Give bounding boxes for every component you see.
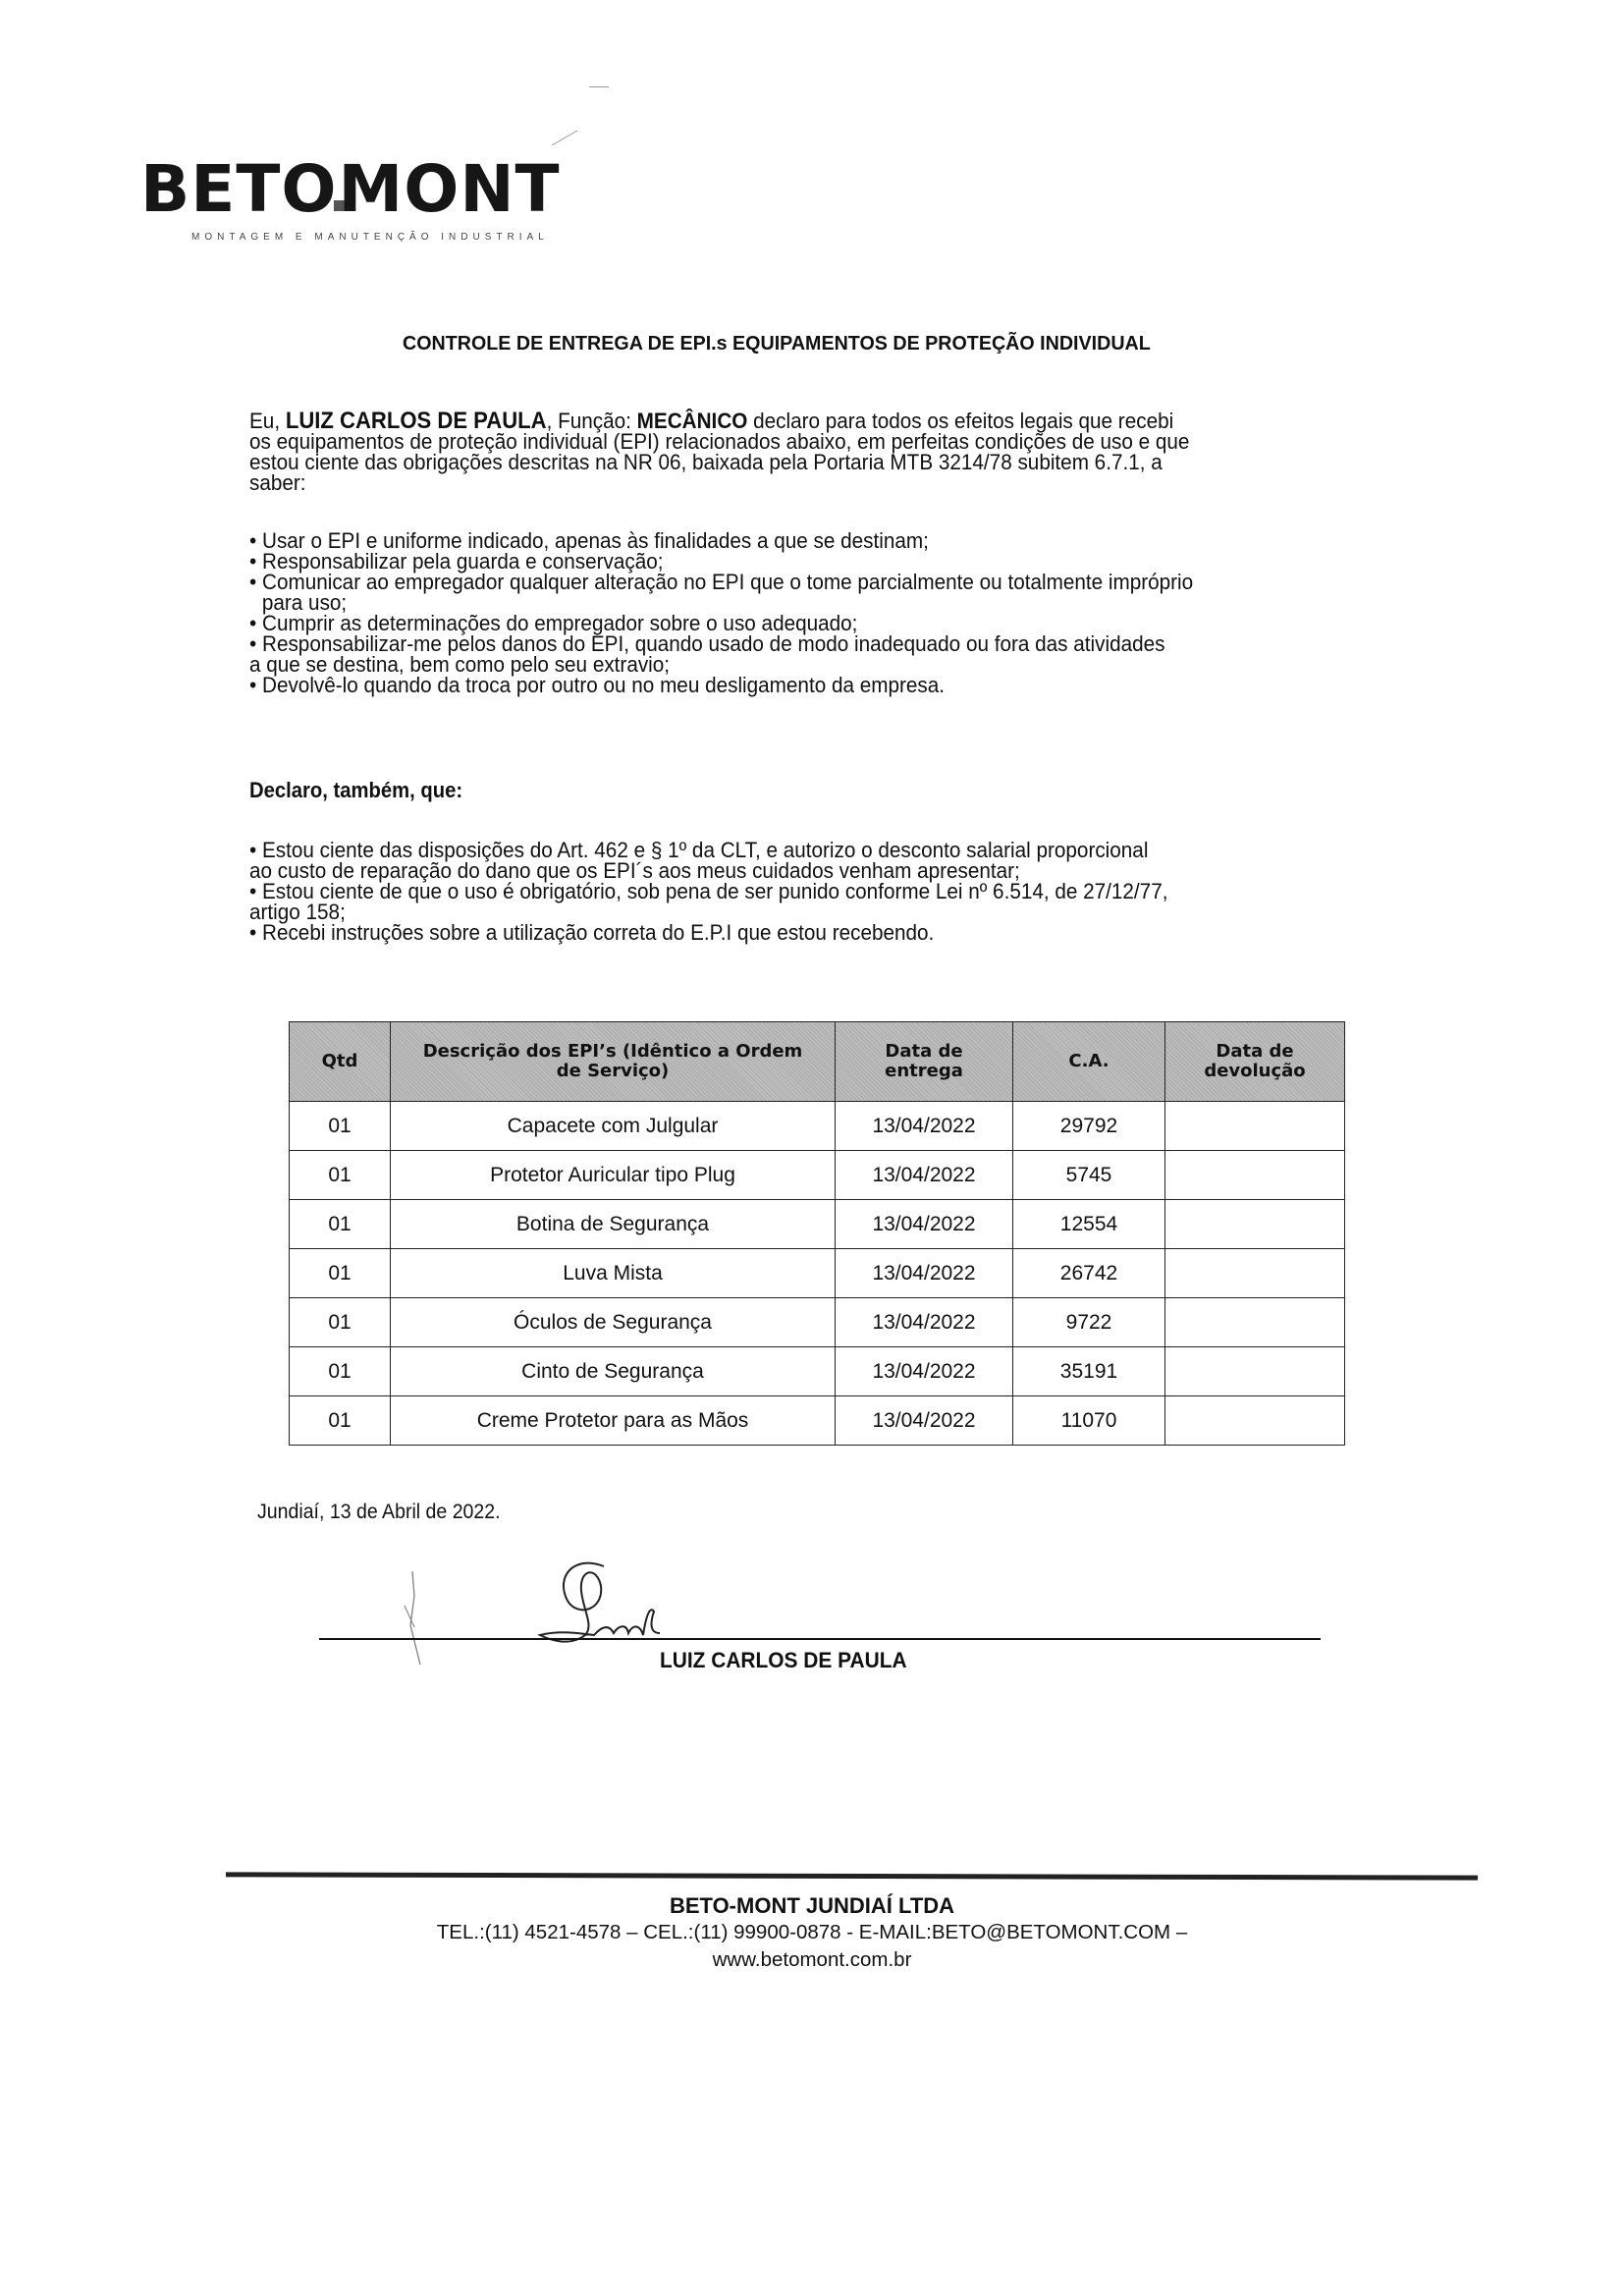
cell-data-devolucao	[1165, 1102, 1345, 1151]
cell-ca: 12554	[1013, 1200, 1165, 1249]
epi-table: Qtd Descrição dos EPI’s (Idêntico a Orde…	[289, 1021, 1345, 1446]
signature-line	[319, 1638, 1321, 1640]
cell-data-entrega: 13/04/2022	[836, 1200, 1013, 1249]
obligation-item: • Cumprir as determinações do empregador…	[249, 613, 1415, 633]
cell-data-devolucao	[1165, 1347, 1345, 1396]
obligation-item: • Responsabilizar-me pelos danos do EPI,…	[249, 633, 1415, 654]
cell-data-devolucao	[1165, 1298, 1345, 1347]
obligation-item: • Responsabilizar pela guarda e conserva…	[249, 551, 1415, 572]
footer-contact: TEL.:(11) 4521-4578 – CEL.:(11) 99900-08…	[0, 1921, 1624, 1944]
cell-descricao: Luva Mista	[391, 1249, 836, 1298]
header-data-entrega-line-1: Data de	[885, 1041, 962, 1062]
cell-ca: 11070	[1013, 1396, 1165, 1446]
header-ca-label: C.A.	[1068, 1051, 1109, 1071]
scan-artifact	[589, 86, 609, 87]
header-descricao-line-2: de Serviço)	[557, 1061, 670, 1081]
header-qtd: Qtd	[290, 1022, 391, 1102]
declaration-line-2: os equipamentos de proteção individual (…	[249, 431, 1401, 452]
cell-data-entrega: 13/04/2022	[836, 1151, 1013, 1200]
declaration-item: • Estou ciente de que o uso é obrigatóri…	[249, 881, 1424, 902]
table-row: 01Protetor Auricular tipo Plug13/04/2022…	[290, 1151, 1345, 1200]
cell-descricao: Capacete com Julgular	[391, 1102, 836, 1151]
declaration-item: ao custo de reparação do dano que os EPI…	[249, 860, 1424, 881]
cell-descricao: Óculos de Segurança	[391, 1298, 836, 1347]
footer-divider	[226, 1872, 1478, 1880]
header-data-devolucao: Data dedevolução	[1165, 1022, 1345, 1102]
signer-name: LUIZ CARLOS DE PAULA	[660, 1648, 907, 1673]
table-row: 01Óculos de Segurança13/04/20229722	[290, 1298, 1345, 1347]
cell-qtd: 01	[290, 1151, 391, 1200]
declarations-list: • Estou ciente das disposições do Art. 4…	[249, 840, 1424, 943]
table-row: 01Botina de Segurança13/04/202212554	[290, 1200, 1345, 1249]
declaration-item: artigo 158;	[249, 902, 1424, 922]
footer-company-name: BETO-MONT JUNDIAÍ LTDA	[0, 1893, 1624, 1919]
cell-descricao: Cinto de Segurança	[391, 1347, 836, 1396]
header-data-devolucao-line-2: devolução	[1204, 1061, 1305, 1081]
cell-data-devolucao	[1165, 1249, 1345, 1298]
cell-ca: 5745	[1013, 1151, 1165, 1200]
cell-ca: 35191	[1013, 1347, 1165, 1396]
declaration-item: • Estou ciente das disposições do Art. 4…	[249, 840, 1424, 860]
company-logo: BETOMONT MONTAGEM E MANUTENÇÃO INDUSTRIA…	[140, 155, 572, 243]
header-data-entrega: Data deentrega	[836, 1022, 1013, 1102]
cell-qtd: 01	[290, 1249, 391, 1298]
logo-tagline: MONTAGEM E MANUTENÇÃO INDUSTRIAL	[191, 232, 572, 243]
cell-qtd: 01	[290, 1298, 391, 1347]
cell-descricao: Protetor Auricular tipo Plug	[391, 1151, 836, 1200]
cell-ca: 29792	[1013, 1102, 1165, 1151]
document-title: CONTROLE DE ENTREGA DE EPI.s EQUIPAMENTO…	[403, 332, 1151, 355]
header-qtd-label: Qtd	[322, 1051, 358, 1071]
table-body: 01Capacete com Julgular13/04/20222979201…	[290, 1102, 1345, 1446]
cell-data-entrega: 13/04/2022	[836, 1102, 1013, 1151]
cell-ca: 9722	[1013, 1298, 1165, 1347]
cell-data-entrega: 13/04/2022	[836, 1396, 1013, 1446]
cell-qtd: 01	[290, 1102, 391, 1151]
obligation-item: para uso;	[249, 592, 1415, 613]
cell-qtd: 01	[290, 1347, 391, 1396]
cell-data-devolucao	[1165, 1151, 1345, 1200]
obligation-item: • Devolvê-lo quando da troca por outro o…	[249, 675, 1415, 695]
place-date: Jundiaí, 13 de Abril de 2022.	[257, 1501, 501, 1524]
logo-text-left: BETO	[140, 151, 338, 227]
cell-qtd: 01	[290, 1396, 391, 1446]
footer-website[interactable]: www.betomont.com.br	[0, 1948, 1624, 1972]
cell-descricao: Botina de Segurança	[391, 1200, 836, 1249]
cell-data-entrega: 13/04/2022	[836, 1249, 1013, 1298]
table-row: 01Luva Mista13/04/202226742	[290, 1249, 1345, 1298]
cell-descricao: Creme Protetor para as Mãos	[391, 1396, 836, 1446]
declaration-line-3: estou ciente das obrigações descritas na…	[249, 452, 1401, 472]
declaration-item: • Recebi instruções sobre a utilização c…	[249, 922, 1424, 943]
header-data-devolucao-line-1: Data de	[1216, 1041, 1293, 1062]
header-descricao: Descrição dos EPI’s (Idêntico a Ordemde …	[391, 1022, 836, 1102]
obligation-item: • Comunicar ao empregador qualquer alter…	[249, 572, 1415, 592]
table-row: 01Creme Protetor para as Mãos13/04/20221…	[290, 1396, 1345, 1446]
obligation-item: • Usar o EPI e uniforme indicado, apenas…	[249, 530, 1415, 551]
declaration-paragraph: Eu, LUIZ CARLOS DE PAULA, Função: MECÂNI…	[249, 410, 1401, 493]
declaro-heading: Declaro, também, que:	[249, 778, 462, 803]
scan-artifact	[552, 131, 577, 146]
declaration-line-1: Eu, LUIZ CARLOS DE PAULA, Função: MECÂNI…	[249, 410, 1401, 431]
logo-text-right: MONT	[339, 151, 561, 227]
header-descricao-line-1: Descrição dos EPI’s (Idêntico a Ordem	[423, 1041, 803, 1062]
cell-qtd: 01	[290, 1200, 391, 1249]
table-header-row: Qtd Descrição dos EPI’s (Idêntico a Orde…	[290, 1022, 1345, 1102]
cell-data-devolucao	[1165, 1200, 1345, 1249]
declaration-line-4: saber:	[249, 472, 1401, 493]
cell-data-entrega: 13/04/2022	[836, 1347, 1013, 1396]
obligation-item: a que se destina, bem como pelo seu extr…	[249, 654, 1415, 675]
table-row: 01Cinto de Segurança13/04/202235191	[290, 1347, 1345, 1396]
cell-data-entrega: 13/04/2022	[836, 1298, 1013, 1347]
cell-data-devolucao	[1165, 1396, 1345, 1446]
obligations-list: • Usar o EPI e uniforme indicado, apenas…	[249, 530, 1415, 695]
logo-wordmark: BETOMONT	[140, 155, 572, 224]
header-data-entrega-line-2: entrega	[885, 1061, 963, 1081]
cell-ca: 26742	[1013, 1249, 1165, 1298]
header-ca: C.A.	[1013, 1022, 1165, 1102]
table-row: 01Capacete com Julgular13/04/202229792	[290, 1102, 1345, 1151]
